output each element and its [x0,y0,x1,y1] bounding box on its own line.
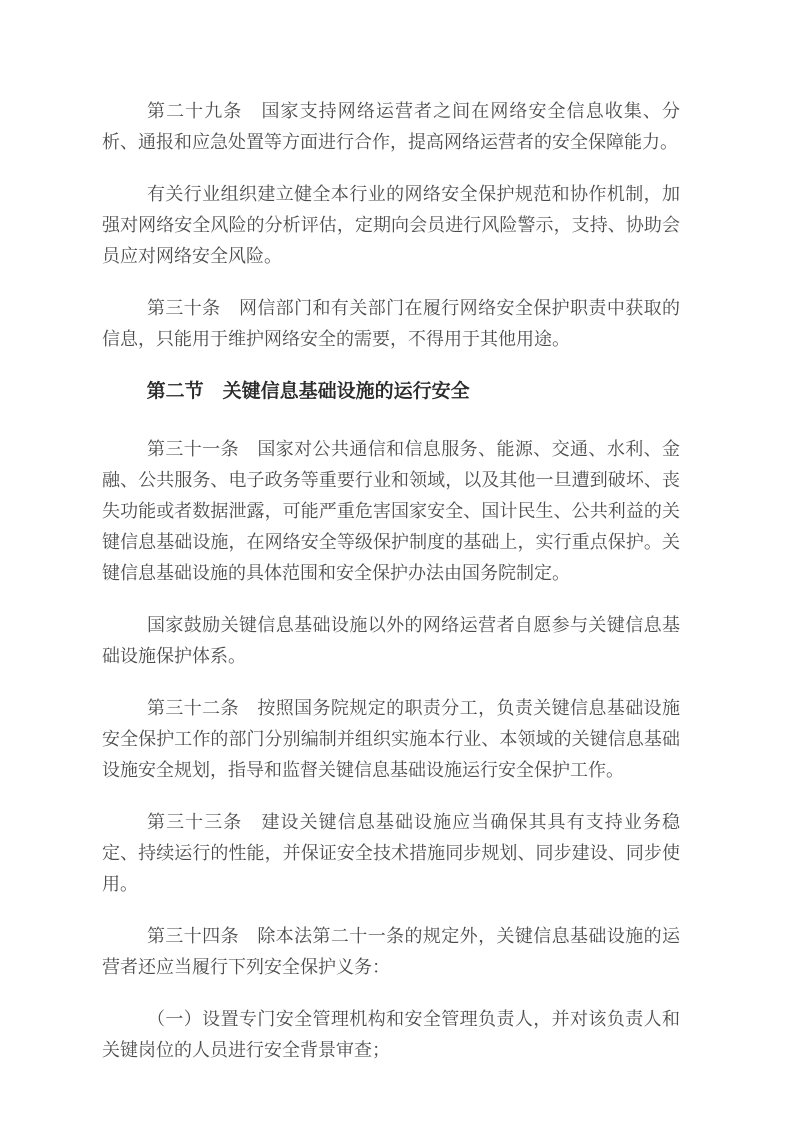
law-document-page: 第二十九条 国家支持网络运营者之间在网络安全信息收集、分析、通报和应急处置等方面… [0,0,793,1122]
article-31-clause-2: 国家鼓励关键信息基础设施以外的网络运营者自愿参与关键信息基础设施保护体系。 [102,610,680,672]
article-34-lead: 第三十四条 除本法第二十一条的规定外，关键信息基础设施的运营者还应当履行下列安全… [102,921,680,983]
law-document-body: 第二十九条 国家支持网络运营者之间在网络安全信息收集、分析、通报和应急处置等方面… [102,96,680,1066]
article-34-item-1: （一）设置专门安全管理机构和安全管理负责人，并对该负责人和关键岗位的人员进行安全… [102,1004,680,1066]
article-29-clause-1: 第二十九条 国家支持网络运营者之间在网络安全信息收集、分析、通报和应急处置等方面… [102,96,680,158]
article-30: 第三十条 网信部门和有关部门在履行网络安全保护职责中获取的信息，只能用于维护网络… [102,293,680,355]
article-29-clause-2: 有关行业组织建立健全本行业的网络安全保护规范和协作机制，加强对网络安全风险的分析… [102,179,680,272]
article-31-clause-1: 第三十一条 国家对公共通信和信息服务、能源、交通、水利、金融、公共服务、电子政务… [102,434,680,589]
article-33: 第三十三条 建设关键信息基础设施应当确保其具有支持业务稳定、持续运行的性能，并保… [102,807,680,900]
section-2-heading: 第二节 关键信息基础设施的运行安全 [102,376,680,407]
article-32: 第三十二条 按照国务院规定的职责分工，负责关键信息基础设施安全保护工作的部门分别… [102,693,680,786]
